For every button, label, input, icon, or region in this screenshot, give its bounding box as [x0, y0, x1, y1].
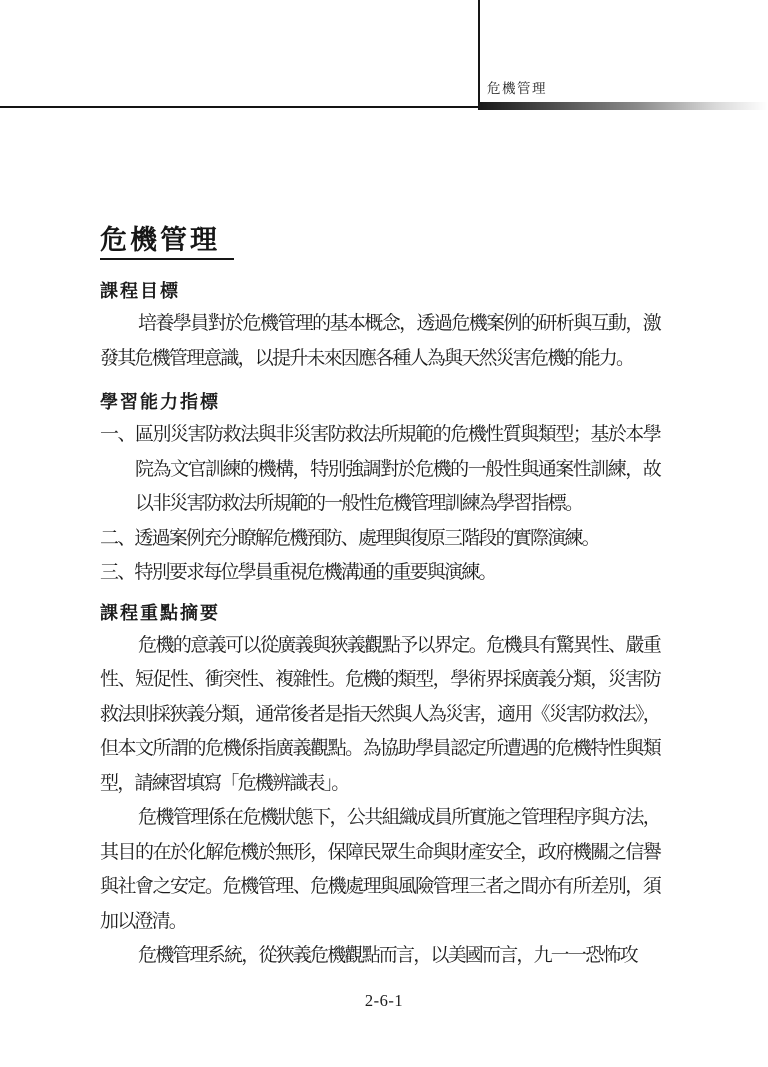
document-content: 危機管理 課程目標 培養學員對於危機管理的基本概念，透過危機案例的研析與互動，激… — [100, 222, 660, 974]
page-number: 2-6-1 — [365, 991, 403, 1010]
running-header-title: 危機管理 — [487, 77, 547, 97]
section-learning-indicators: 學習能力指標 一、區別災害防救法與非災害防救法所規範的危機性質與類型；基於本學院… — [100, 391, 660, 591]
paragraph: 培養學員對於危機管理的基本概念，透過危機案例的研析與互動，激發其危機管理意識，以… — [100, 307, 660, 376]
list-item: 二、透過案例充分瞭解危機預防、處理與復原三階段的實際演練。 — [100, 522, 660, 557]
section-heading-course-objectives: 課程目標 — [100, 280, 660, 302]
section-heading-course-summary: 課程重點摘要 — [100, 602, 660, 624]
document-title-text: 危機管理 — [100, 225, 234, 260]
header-vertical-divider — [478, 0, 480, 104]
header-rule-left — [0, 106, 478, 108]
document-title: 危機管理 — [100, 222, 660, 258]
section-course-objectives: 課程目標 培養學員對於危機管理的基本概念，透過危機案例的研析與互動，激發其危機管… — [100, 280, 660, 376]
document-page: 危機管理 危機管理 課程目標 培養學員對於危機管理的基本概念，透過危機案例的研析… — [0, 0, 768, 1067]
paragraph: 危機的意義可以從廣義與狹義觀點予以界定。危機具有驚異性、嚴重性、短促性、衝突性、… — [100, 629, 660, 802]
page-footer: 2-6-1 — [0, 991, 768, 1011]
list-item: 一、區別災害防救法與非災害防救法所規範的危機性質與類型；基於本學院為文官訓練的機… — [100, 418, 660, 522]
section-course-summary: 課程重點摘要 危機的意義可以從廣義與狹義觀點予以界定。危機具有驚異性、嚴重性、短… — [100, 602, 660, 974]
section-heading-learning-indicators: 學習能力指標 — [100, 391, 660, 413]
paragraph: 危機管理係在危機狀態下，公共組織成員所實施之管理程序與方法，其目的在於化解危機於… — [100, 801, 660, 939]
header-gradient-bar — [478, 102, 768, 110]
paragraph: 危機管理系統，從狹義危機觀點而言，以美國而言，九一一恐怖攻 — [100, 939, 660, 974]
list-item: 三、特別要求每位學員重視危機溝通的重要與演練。 — [100, 556, 660, 591]
